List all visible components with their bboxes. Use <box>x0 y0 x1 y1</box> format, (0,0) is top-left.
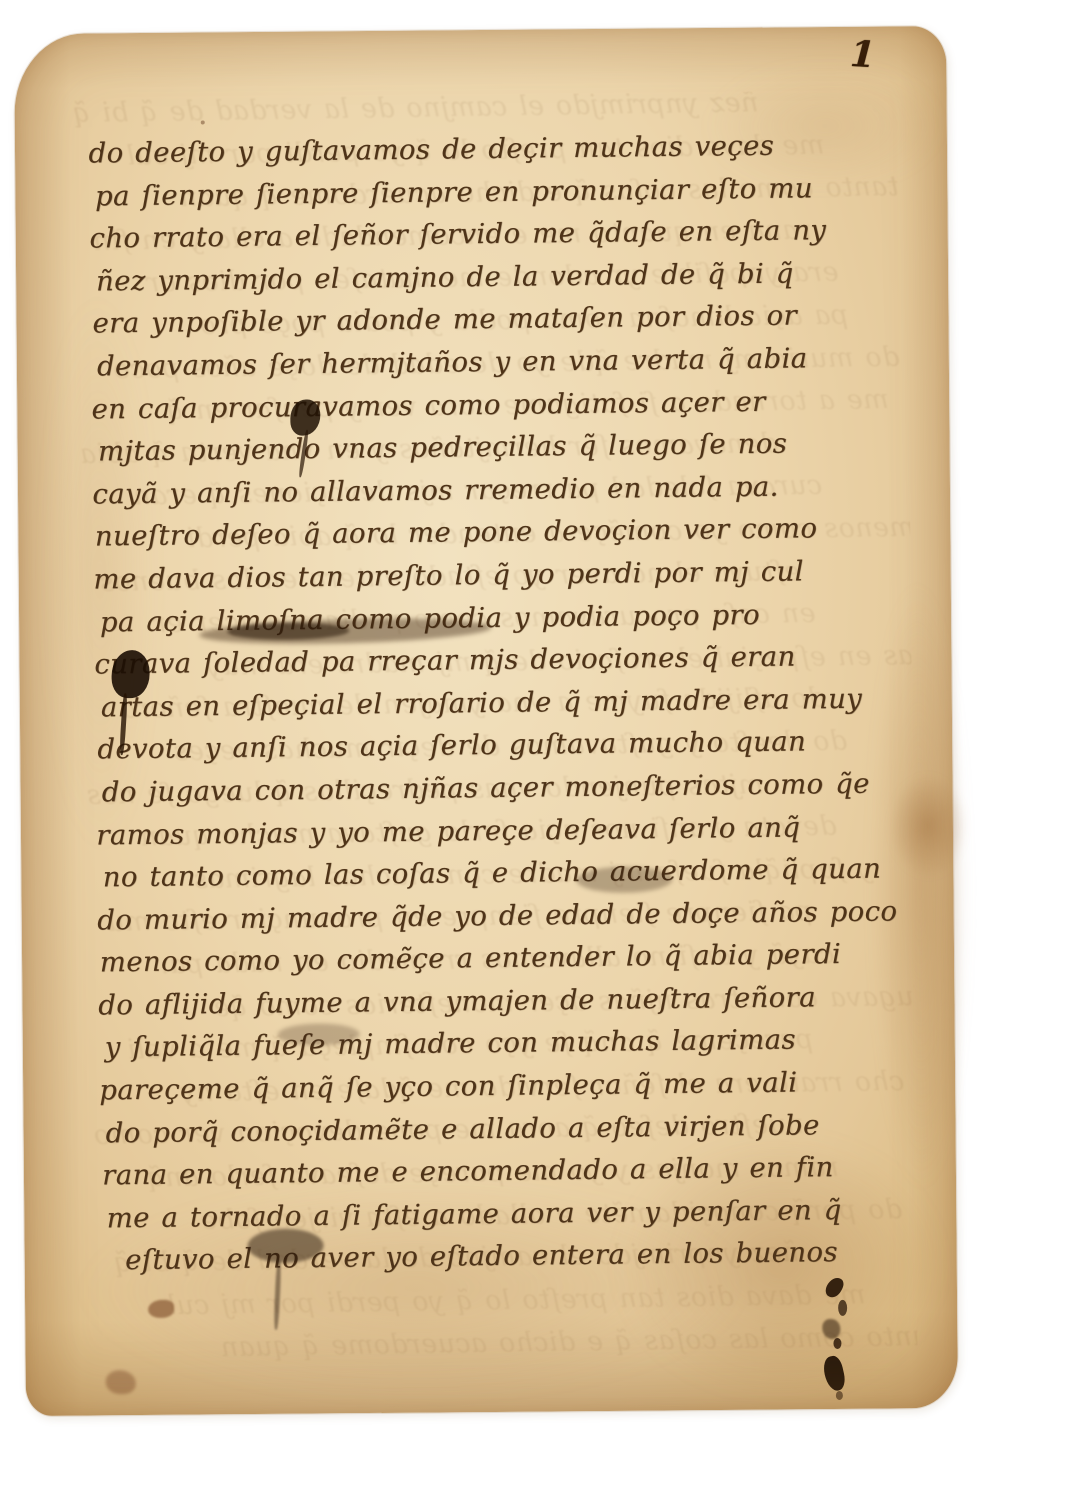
ink-drip-5 <box>821 1354 847 1392</box>
ghost-line: no tanto como las coſas q̃ e dicho acuer… <box>220 1322 918 1361</box>
paper-spot-3 <box>201 120 205 124</box>
scan-background: ñez ynprimjdo el camjno de la verdad de … <box>0 0 1084 1500</box>
ink-drip-4 <box>833 1338 841 1349</box>
paper-spot-1 <box>148 1300 174 1318</box>
ghost-line: me dava dios tan preſto lo q̃ yo perdi p… <box>167 1281 866 1319</box>
paper-spot-2 <box>106 1370 136 1394</box>
stain-right-blob <box>888 774 967 879</box>
ghost-line: ñez ynprimjdo el camjno de la verdad de … <box>73 90 759 127</box>
ink-drip-6 <box>836 1391 843 1400</box>
manuscript-text: do deeſto y guſtavamos de deçir muchas v… <box>88 123 901 1282</box>
manuscript-page: ñez ynprimjdo el camjno de la verdad de … <box>14 26 958 1416</box>
ink-drip-2 <box>838 1300 847 1316</box>
folio-number: 1 <box>849 36 876 73</box>
ink-drip-3 <box>822 1319 840 1339</box>
manuscript-line: denavamos ſer hermjtaños y en vna verta … <box>91 336 891 388</box>
manuscript-line: me dava dios tan preſto lo q̃ yo perdi p… <box>93 549 893 601</box>
ink-drip-1 <box>823 1275 846 1301</box>
manuscript-line: eſtuvo el no aver yo eſtado entera en lo… <box>101 1231 901 1283</box>
